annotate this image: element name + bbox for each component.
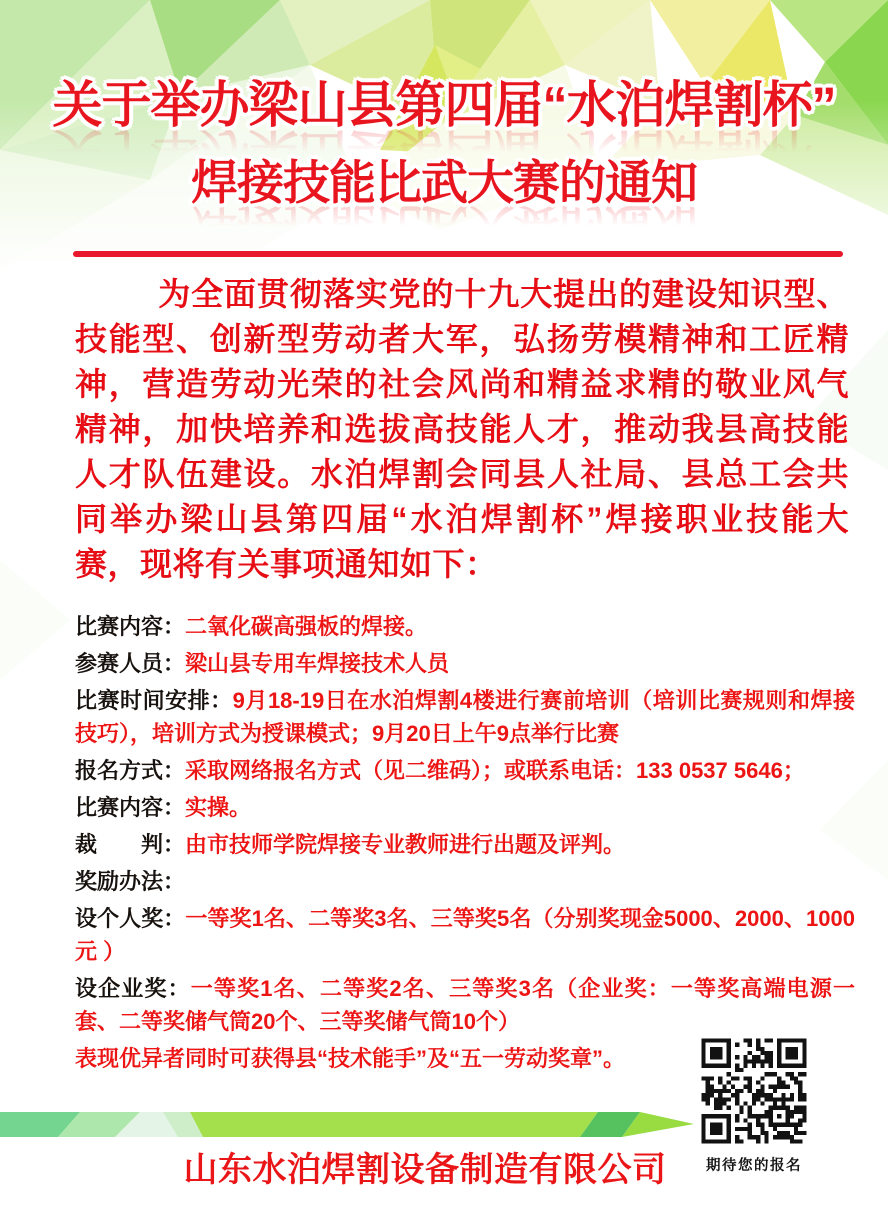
title-line-2-block: 焊接技能比武大赛的通知 焊接技能比武大赛的通知 <box>0 156 888 210</box>
item-schedule: 比赛时间安排：9月18-19日在水泊焊割4楼进行赛前培训（培训比赛规则和焊接技巧… <box>75 684 855 750</box>
item-contest-format: 比赛内容：实操。 <box>75 791 855 824</box>
item-value: 一等奖1名、二等奖3名、三等奖5名（分别奖现金5000、2000、1000元 ） <box>75 906 855 964</box>
divider-line <box>73 251 843 257</box>
item-enterprise-awards: 设企业奖：一等奖1名、二等奖2名、三等奖3名（企业奖：一等奖高端电源一套、二等奖… <box>75 972 855 1038</box>
intro-paragraph: 为全面贯彻落实党的十九大提出的建设知识型、技能型、创新型劳动者大军，弘扬劳模精神… <box>75 272 849 587</box>
item-value: 由市技师学院焊接专业教师进行出题及评判。 <box>185 832 625 857</box>
poster-title: 关于举办梁山县第四届“水泊焊割杯” 关于举办梁山县第四届“水泊焊割杯” 焊接技能… <box>0 76 888 210</box>
title-line-1: 关于举办梁山县第四届“水泊焊割杯” <box>0 76 888 134</box>
notice-items: 比赛内容：二氧化碳高强板的焊接。 参赛人员：梁山县专用车焊接技术人员 比赛时间安… <box>75 610 855 1079</box>
item-contest-content: 比赛内容：二氧化碳高强板的焊接。 <box>75 610 855 643</box>
item-label: 比赛内容： <box>75 795 185 820</box>
item-value: 梁山县专用车焊接技术人员 <box>185 651 449 676</box>
item-value: 表现优异者同时可获得县“技术能手”及“五一劳动奖章”。 <box>75 1046 625 1071</box>
item-rewards-heading: 奖励办法： <box>75 865 855 898</box>
item-label: 设个人奖： <box>75 906 185 931</box>
title-line-1-block: 关于举办梁山县第四届“水泊焊割杯” 关于举办梁山县第四届“水泊焊割杯” <box>0 76 888 134</box>
item-participants: 参赛人员：梁山县专用车焊接技术人员 <box>75 647 855 680</box>
green-stripe-decoration <box>0 1112 694 1137</box>
item-label: 报名方式： <box>75 758 185 783</box>
item-value: 采取网络报名方式（见二维码）；或联系电话：133 0537 5646； <box>185 758 805 783</box>
item-label: 参赛人员： <box>75 651 185 676</box>
item-individual-awards: 设个人奖：一等奖1名、二等奖3名、三等奖5名（分别奖现金5000、2000、10… <box>75 902 855 968</box>
item-registration: 报名方式：采取网络报名方式（见二维码）；或联系电话：133 0537 5646； <box>75 754 855 787</box>
item-value: 一等奖1名、二等奖2名、三等奖3名（企业奖：一等奖高端电源一套、二等奖储气筒20… <box>75 976 855 1034</box>
company-name: 山东水泊焊割设备制造有限公司 <box>55 1142 795 1191</box>
qr-code <box>693 1030 815 1152</box>
item-value: 二氧化碳高强板的焊接。 <box>185 614 427 639</box>
item-judges: 裁 判：由市技师学院焊接专业教师进行出题及评判。 <box>75 828 855 861</box>
item-label: 比赛时间安排： <box>75 688 233 713</box>
item-value: 实操。 <box>185 795 251 820</box>
item-label: 裁 判： <box>75 832 185 857</box>
item-label: 奖励办法： <box>75 869 185 894</box>
item-label: 设企业奖： <box>75 976 191 1001</box>
title-line-2: 焊接技能比武大赛的通知 <box>0 156 888 210</box>
item-label: 比赛内容： <box>75 614 185 639</box>
